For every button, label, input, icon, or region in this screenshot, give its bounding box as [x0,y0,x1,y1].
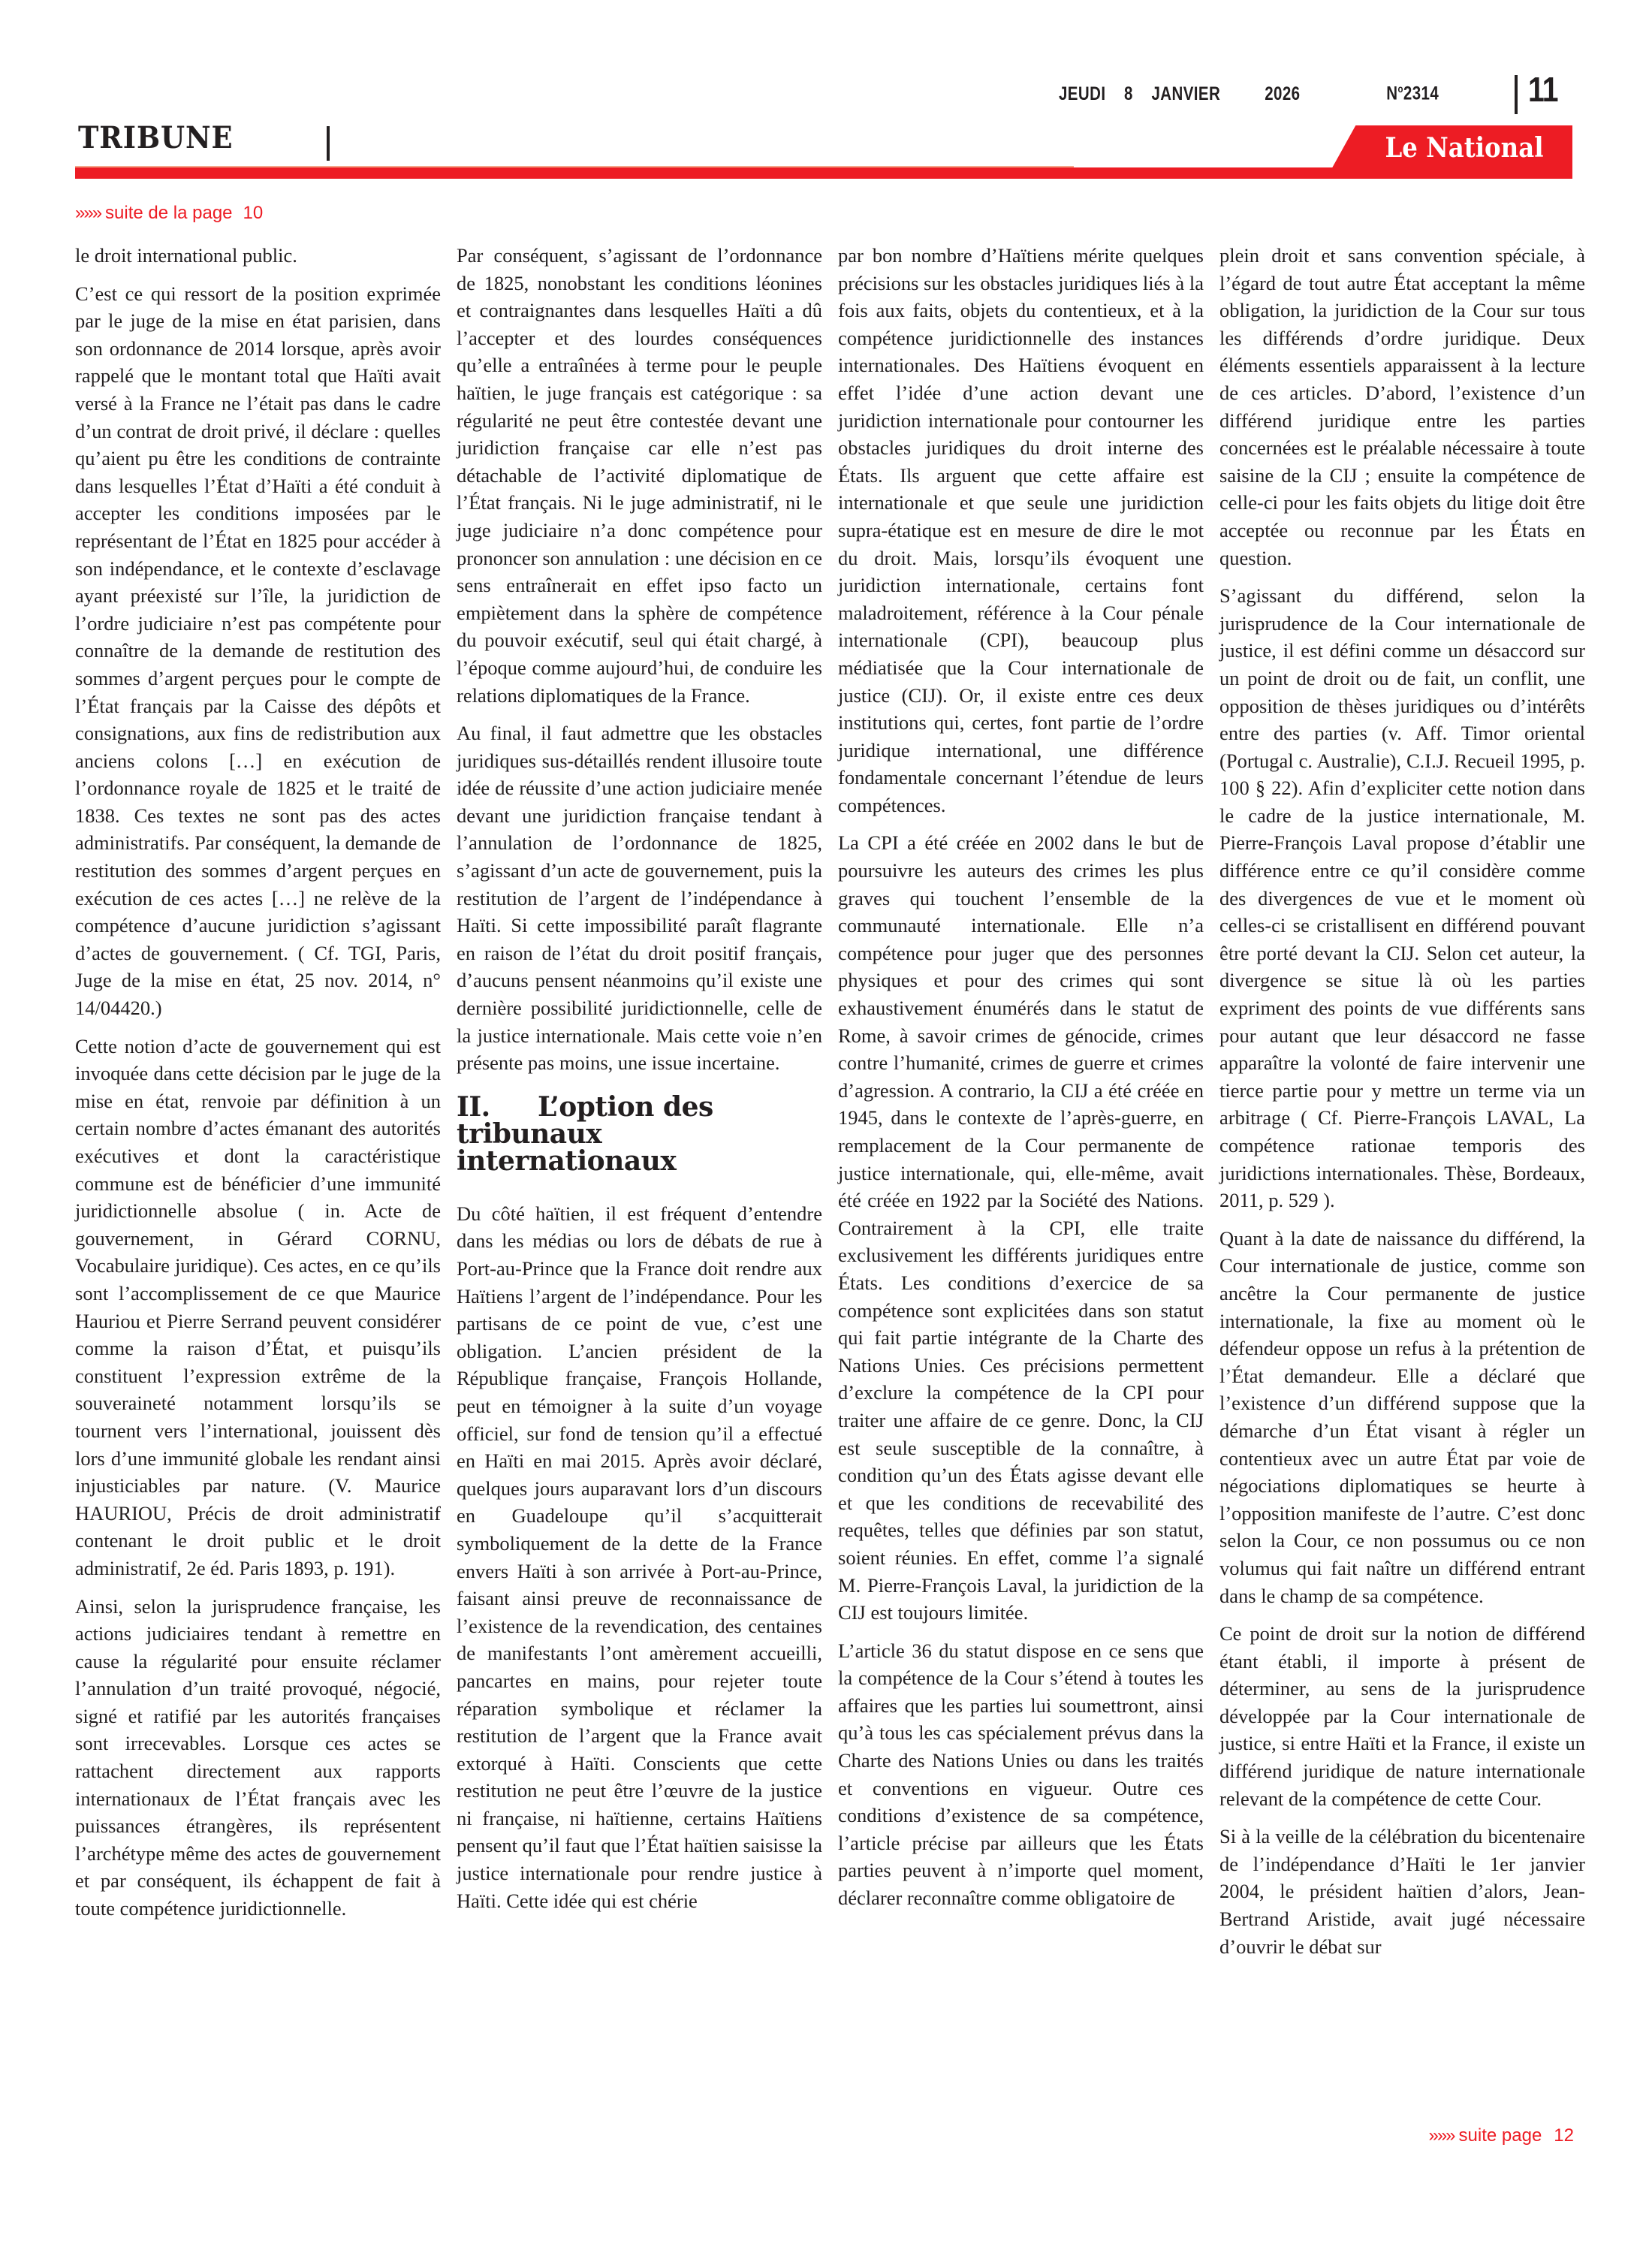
section-heading: II.L’option des tribunaux internationaux [457,1093,822,1175]
section-title: TRIBUNE [78,120,234,155]
page-number: 11 [1528,69,1558,110]
paragraph: Du côté haïtien, il est fréquent d’enten… [457,1200,822,1914]
article-column-1: le droit international public. C’est ce … [75,242,441,1933]
paragraph: S’agissant du différend, selon la jurisp… [1219,582,1585,1214]
paragraph: Cette notion d’acte de gouvernement qui … [75,1033,441,1582]
continued-to-label: suite page [1459,2125,1542,2146]
continued-to-link[interactable]: »»»suite page12 [1412,2125,1574,2146]
paragraph: C’est ce qui ressort de la position expr… [75,280,441,1022]
paragraph: par bon nombre d’Haïtiens mérite quelque… [838,242,1204,819]
newspaper-brand: Le National [1383,132,1545,164]
issue-meta: JEUDI 8 JANVIER 2026 No2314 [1059,75,1439,113]
article-column-4: plein droit et sans convention spéciale,… [1219,242,1585,1971]
paragraph: Si à la veille de la célébration du bice… [1219,1823,1585,1960]
continued-from-label: suite de la page [105,203,232,223]
paragraph: le droit international public. [75,242,441,270]
continuation-arrows-icon: »»» [1428,2125,1454,2146]
paragraph: Quant à la date de naissance du différen… [1219,1225,1585,1609]
issue-prefix-sup: o [1397,83,1403,95]
page-number-divider [1515,75,1518,114]
paragraph: Ainsi, selon la jurisprudence française,… [75,1593,441,1923]
article-body: le droit international public. C’est ce … [75,242,1574,2149]
paragraph: L’article 36 du statut dispose en ce sen… [838,1637,1204,1912]
section-heading-number: II. [457,1093,538,1120]
paragraph: Par conséquent, s’agissant de l’ordonnan… [457,242,822,709]
paragraph: La CPI a été créée en 2002 dans le but d… [838,829,1204,1626]
paragraph: Au final, il faut admettre que les obsta… [457,719,822,1077]
issue-day: JEUDI [1059,83,1105,105]
paragraph: Ce point de droit sur la notion de diffé… [1219,1620,1585,1812]
continued-from-link[interactable]: »»»suite de la page10 [75,203,263,224]
section-divider [327,126,330,161]
issue-number-value: 2314 [1403,83,1439,104]
issue-prefix: N [1386,83,1397,104]
continuation-arrows-icon: »»» [75,203,101,223]
issue-year: 2026 [1265,83,1300,105]
issue-number: No2314 [1386,83,1439,104]
continued-to-page: 12 [1554,2125,1574,2146]
continued-from-page: 10 [243,203,264,223]
paragraph: plein droit et sans convention spéciale,… [1219,242,1585,572]
article-column-2: Par conséquent, s’agissant de l’ordonnan… [457,242,822,1925]
article-column-3: par bon nombre d’Haïtiens mérite quelque… [838,242,1204,1923]
issue-month: JANVIER [1151,83,1220,105]
issue-date: 8 [1124,83,1133,105]
